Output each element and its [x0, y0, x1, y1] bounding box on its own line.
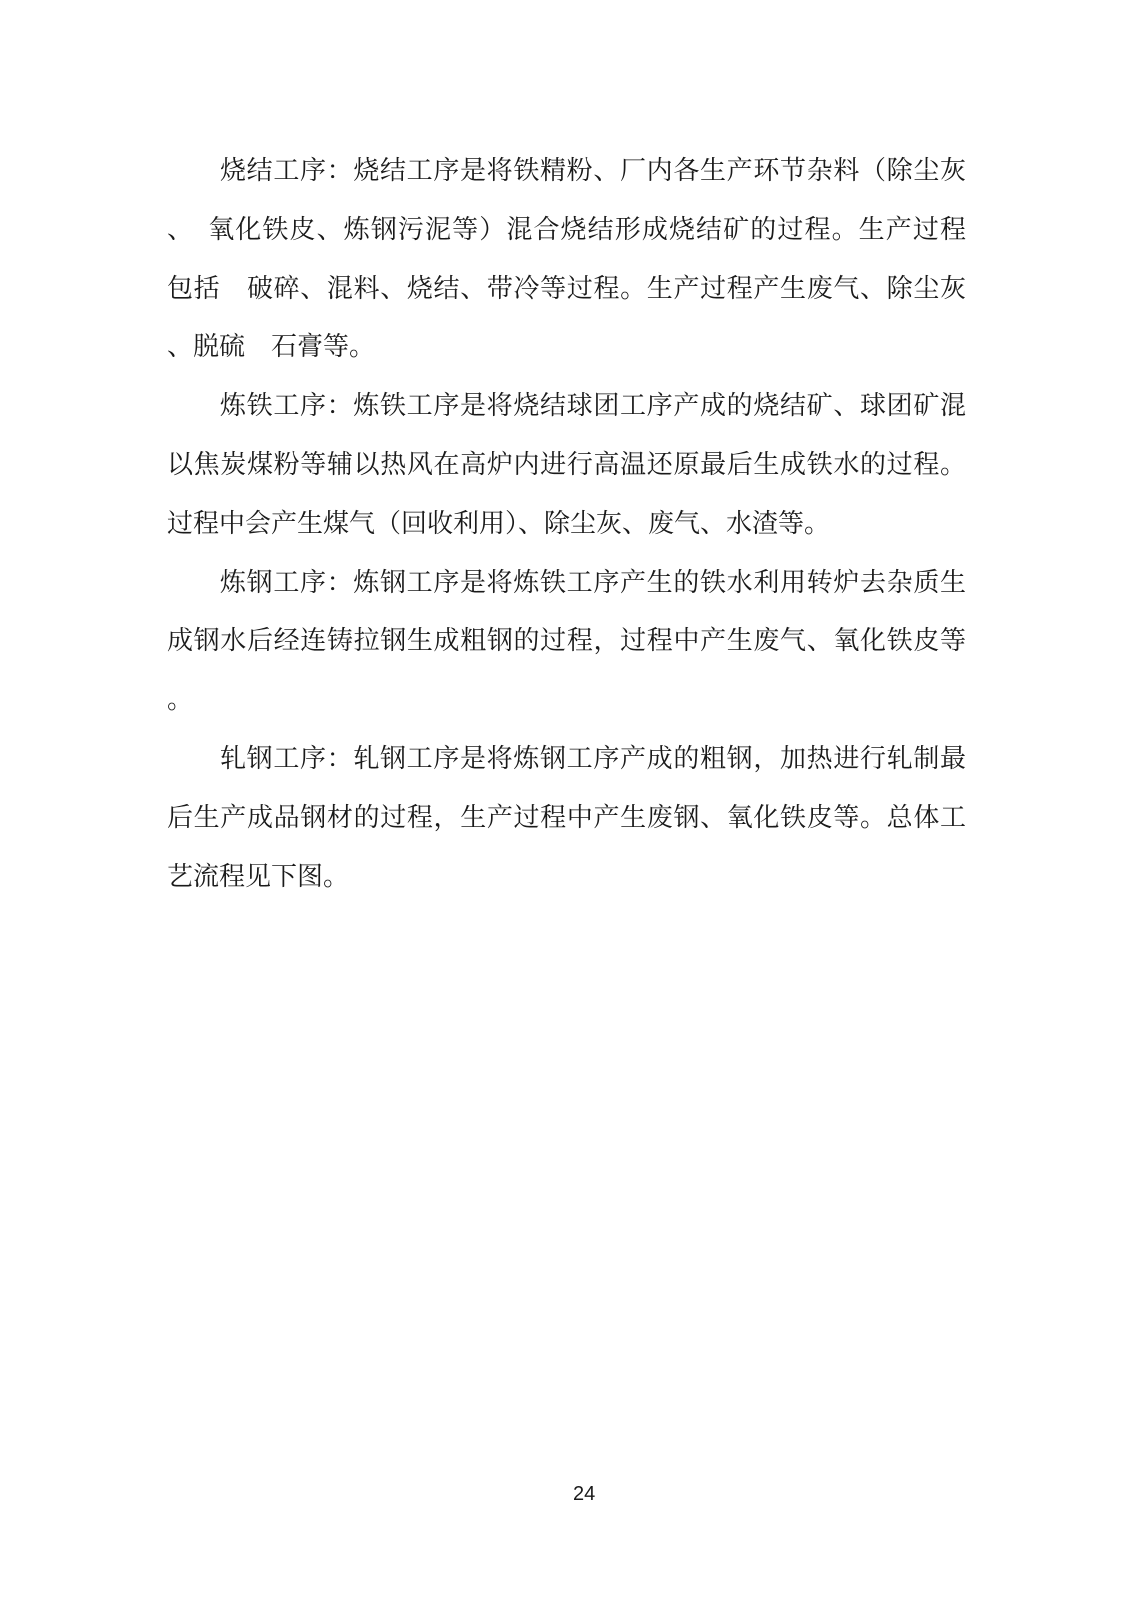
paragraph-steelmaking: 炼钢工序：炼钢工序是将炼铁工序产生的铁水利用转炉去杂质生 成钢水后经连铸拉钢生成… — [167, 554, 966, 730]
text-line: 以焦炭煤粉等辅以热风在高炉内进行高温还原最后生成铁水的过程。 — [167, 436, 966, 495]
text-line: 、脱硫 石膏等。 — [167, 318, 966, 377]
text-line: 后生产成品钢材的过程，生产过程中产生废钢、氧化铁皮等。总体工 — [167, 789, 966, 848]
text-line: 炼铁工序：炼铁工序是将烧结球团工序产成的烧结矿、球团矿混 — [167, 377, 966, 436]
page-number: 24 — [573, 1483, 595, 1505]
paragraph-ironmaking: 炼铁工序：炼铁工序是将烧结球团工序产成的烧结矿、球团矿混 以焦炭煤粉等辅以热风在… — [167, 377, 966, 553]
paragraph-rolling: 轧钢工序：轧钢工序是将炼钢工序产成的粗钢，加热进行轧制最 后生产成品钢材的过程，… — [167, 730, 966, 906]
text-line: 、 氧化铁皮、炼钢污泥等）混合烧结形成烧结矿的过程。生产过程 — [167, 201, 966, 260]
text-line: 炼钢工序：炼钢工序是将炼铁工序产生的铁水利用转炉去杂质生 — [167, 554, 966, 613]
text-line: 烧结工序：烧结工序是将铁精粉、厂内各生产环节杂料（除尘灰 — [167, 142, 966, 201]
text-line: 成钢水后经连铸拉钢生成粗钢的过程，过程中产生废气、氧化铁皮等 — [167, 612, 966, 671]
document-page: 烧结工序：烧结工序是将铁精粉、厂内各生产环节杂料（除尘灰 、 氧化铁皮、炼钢污泥… — [0, 0, 1131, 1600]
text-line: 。 — [167, 671, 966, 730]
text-line: 艺流程见下图。 — [167, 848, 966, 907]
body-text: 烧结工序：烧结工序是将铁精粉、厂内各生产环节杂料（除尘灰 、 氧化铁皮、炼钢污泥… — [167, 142, 966, 906]
text-line: 过程中会产生煤气（回收利用）、除尘灰、废气、水渣等。 — [167, 495, 966, 554]
paragraph-sintering: 烧结工序：烧结工序是将铁精粉、厂内各生产环节杂料（除尘灰 、 氧化铁皮、炼钢污泥… — [167, 142, 966, 377]
text-line: 包括 破碎、混料、烧结、带冷等过程。生产过程产生废气、除尘灰 — [167, 260, 966, 319]
text-line: 轧钢工序：轧钢工序是将炼钢工序产成的粗钢，加热进行轧制最 — [167, 730, 966, 789]
